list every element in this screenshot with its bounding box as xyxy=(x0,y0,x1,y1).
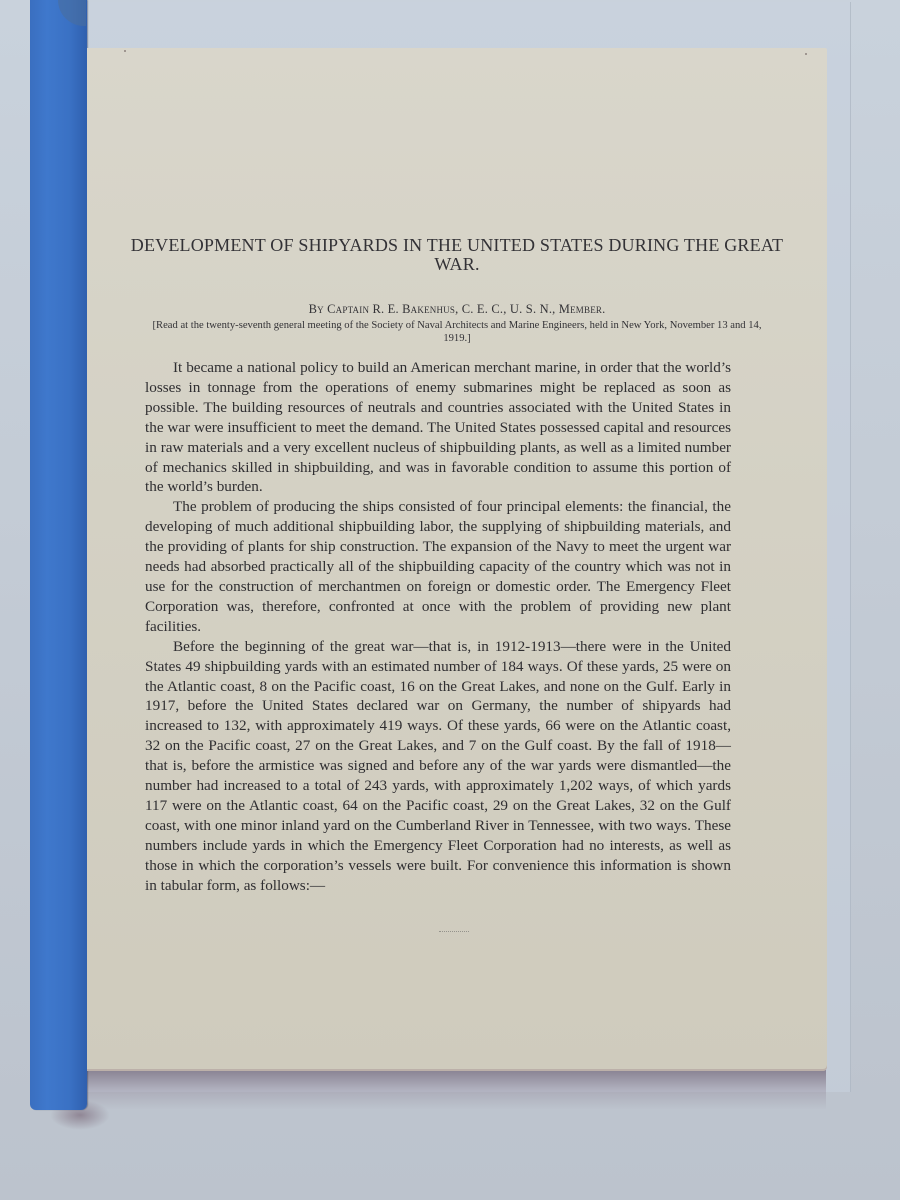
document-page: DEVELOPMENT OF SHIPYARDS IN THE UNITED S… xyxy=(87,48,827,1071)
article-title: DEVELOPMENT OF SHIPYARDS IN THE UNITED S… xyxy=(127,236,787,274)
article-body: It became a national policy to build an … xyxy=(145,358,731,895)
paragraph: It became a national policy to build an … xyxy=(145,358,731,497)
paper-speck xyxy=(805,53,807,55)
paper-speck xyxy=(124,50,126,52)
paragraph: The problem of producing the ships consi… xyxy=(145,497,731,636)
page-shadow xyxy=(86,1070,826,1110)
author-byline: By Captain R. E. Bakenhus, C. E. C., U. … xyxy=(87,302,827,317)
blue-binding-spine xyxy=(30,0,87,1110)
faint-print-mark xyxy=(439,931,469,933)
paragraph: Before the beginning of the great war—th… xyxy=(145,637,731,896)
meeting-note: [Read at the twenty-seventh general meet… xyxy=(147,320,767,345)
